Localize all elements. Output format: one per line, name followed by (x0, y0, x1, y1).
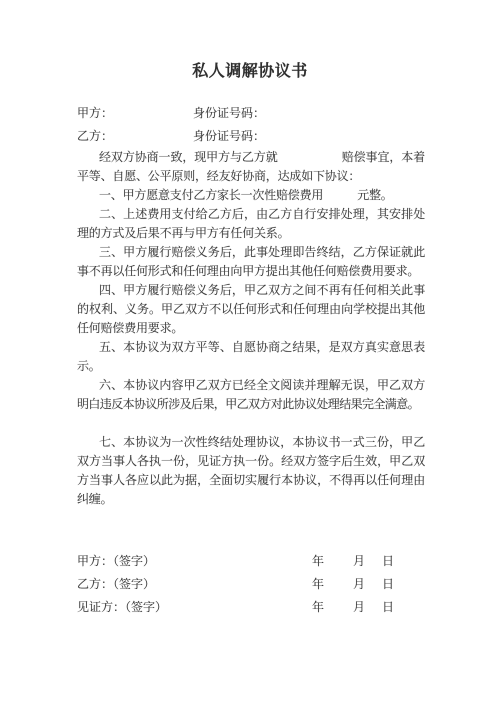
text-line: 经双方协商一致，现甲方与乙方就赔偿事宜，本着 (77, 148, 425, 167)
text-line: 六、本协议内容甲乙双方已经全文阅读并理解无误，甲乙双方 (77, 376, 425, 395)
blank-field-matter (278, 159, 342, 161)
clause-1: 一、甲方愿意支付乙方家长一次性赔偿费用元整。 (77, 186, 425, 205)
clause-3: 三、甲方履行赔偿义务后，此事处理即告终结，乙方保证就此 事不再以任何形式和任何理… (77, 243, 425, 281)
text-line: 双方当事人各执一份，见证方执一份。经双方签字后生效，甲乙双 (77, 452, 425, 471)
intro-text-before-blank: 经双方协商一致，现甲方与乙方就 (99, 150, 278, 164)
clause-6: 六、本协议内容甲乙双方已经全文阅读并理解无误，甲乙双方 明白违反本协议所涉及后果… (77, 376, 425, 414)
text-line: 二、上述费用支付给乙方后，由乙方自行安排处理，其安排处 (77, 205, 425, 224)
signature-row-party-a: 甲方：（签字） 年 月 日 (77, 550, 425, 573)
text-line: 一、甲方愿意支付乙方家长一次性赔偿费用元整。 (77, 186, 425, 205)
party-a-row: 甲方： 身份证号码： (77, 102, 425, 125)
month-label: 月 (353, 550, 365, 573)
year-label: 年 (312, 596, 324, 619)
party-b-label: 乙方： (77, 129, 113, 143)
intro-text-after-blank: 赔偿事宜，本着 (342, 150, 425, 164)
text-line: 任何赔偿费用要求。 (77, 319, 425, 338)
intro-paragraph: 经双方协商一致，现甲方与乙方就赔偿事宜，本着 平等、自愿、公平原则，经友好协商，… (77, 148, 425, 186)
text-line: 五、本协议为双方平等、自愿协商之结果，是双方真实意思表 (77, 338, 425, 357)
text-line: 理的方式及后果不再与甲方有任何关系。 (77, 224, 425, 243)
party-a-id-label: 身份证号码： (193, 102, 265, 125)
text-line: 的权利、义务。甲乙双方不以任何形式和任何理由向学校提出其他 (77, 300, 425, 319)
year-label: 年 (312, 550, 324, 573)
party-a-label: 甲方： (77, 106, 113, 120)
text-line: 三、甲方履行赔偿义务后，此事处理即告终结，乙方保证就此 (77, 243, 425, 262)
signature-label: 乙方：（签字） (77, 577, 155, 591)
clause-1-text-after-blank: 元整。 (357, 188, 392, 202)
text-line: 平等、自愿、公平原则，经友好协商，达成如下协议： (77, 167, 425, 186)
month-label: 月 (353, 596, 365, 619)
document-title: 私人调解协议书 (0, 0, 500, 84)
party-b-id-label: 身份证号码： (193, 125, 265, 148)
text-line: 纠缠。 (77, 490, 425, 509)
clause-5: 五、本协议为双方平等、自愿协商之结果，是双方真实意思表 示。 (77, 338, 425, 376)
blank-field-amount (323, 197, 357, 199)
text-line: 明白违反本协议所涉及后果，甲乙双方对此协议处理结果完全满意。 (77, 395, 425, 414)
year-label: 年 (312, 573, 324, 596)
day-label: 日 (382, 550, 394, 573)
day-label: 日 (382, 596, 394, 619)
clause-7: 七、本协议为一次性终结处理协议，本协议书一式三份，甲乙 双方当事人各执一份，见证… (77, 433, 425, 509)
clause-2: 二、上述费用支付给乙方后，由乙方自行安排处理，其安排处 理的方式及后果不再与甲方… (77, 205, 425, 243)
party-b-row: 乙方： 身份证号码： (77, 125, 425, 148)
signature-label: 甲方：（签字） (77, 554, 155, 568)
document-body: 甲方： 身份证号码： 乙方： 身份证号码： 经双方协商一致，现甲方与乙方就赔偿事… (77, 102, 425, 619)
text-line: 示。 (77, 357, 425, 376)
signature-label: 见证方：（签字） (77, 600, 167, 614)
text-line: 七、本协议为一次性终结处理协议，本协议书一式三份，甲乙 (77, 433, 425, 452)
day-label: 日 (382, 573, 394, 596)
signature-block: 甲方：（签字） 年 月 日 乙方：（签字） 年 月 日 见证方：（签字） 年 月… (77, 550, 425, 619)
signature-row-party-b: 乙方：（签字） 年 月 日 (77, 573, 425, 596)
signature-row-witness: 见证方：（签字） 年 月 日 (77, 596, 425, 619)
text-line: 四、甲方履行赔偿义务后，甲乙双方之间不再有任何相关此事 (77, 281, 425, 300)
clause-1-text-before-blank: 一、甲方愿意支付乙方家长一次性赔偿费用 (99, 188, 323, 202)
text-line: 事不再以任何形式和任何理由向甲方提出其他任何赔偿费用要求。 (77, 262, 425, 281)
text-line: 方当事人各应以此为据，全面切实履行本协议，不得再以任何理由 (77, 471, 425, 490)
month-label: 月 (353, 573, 365, 596)
document-page: 私人调解协议书 甲方： 身份证号码： 乙方： 身份证号码： 经双方协商一致，现甲… (0, 0, 500, 708)
clause-4: 四、甲方履行赔偿义务后，甲乙双方之间不再有任何相关此事 的权利、义务。甲乙双方不… (77, 281, 425, 338)
